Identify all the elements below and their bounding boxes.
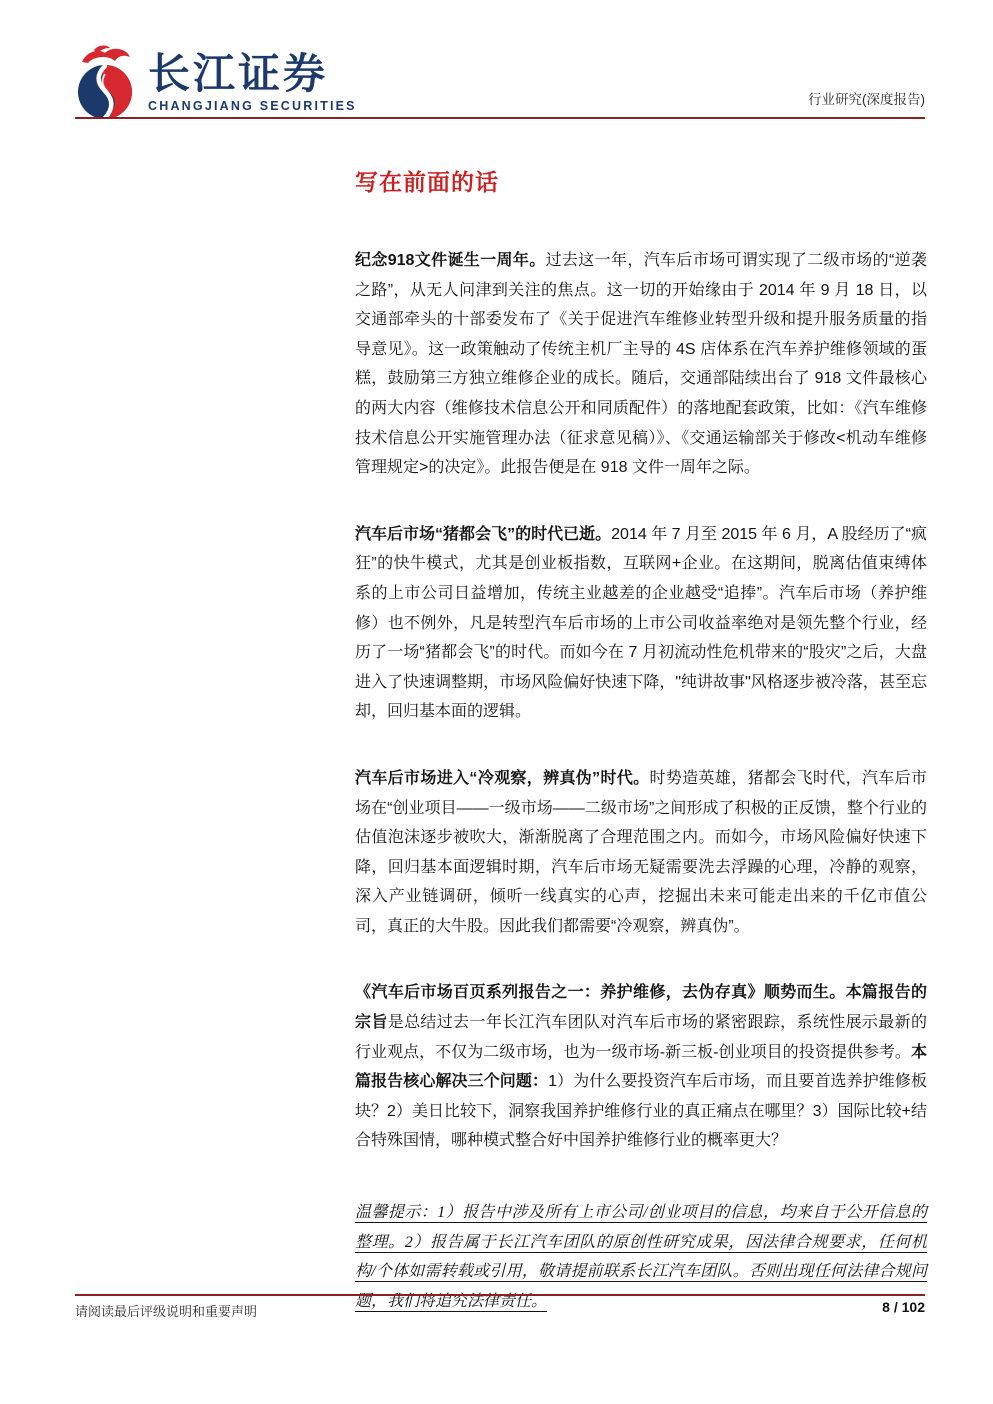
report-category: 行业研究(深度报告) bbox=[808, 88, 925, 108]
logo-english-name: CHANGJIANG SECURITIES bbox=[148, 99, 357, 113]
paragraph-3-lead: 汽车后市场进入“冷观察，辨真伪”时代。 bbox=[355, 770, 650, 787]
page-title: 写在前面的话 bbox=[355, 166, 927, 198]
logo-chinese-name: 长江证券 bbox=[148, 52, 357, 96]
footer-disclaimer: 请阅读最后评级说明和重要声明 bbox=[75, 1301, 257, 1320]
page-number: 8 / 102 bbox=[882, 1299, 925, 1315]
paragraph-1-text: 过去这一年，汽车后市场可谓实现了二级市场的“逆袭之路”，从无人问津到关注的焦点。… bbox=[355, 252, 927, 476]
paragraph-3-text: 时势造英雄，猪都会飞时代，汽车后市场在“创业项目——一级市场——二级市场”之间形… bbox=[355, 770, 927, 935]
header-rule bbox=[75, 117, 925, 119]
page-body: 写在前面的话 纪念918文件诞生一周年。过去这一年，汽车后市场可谓实现了二级市场… bbox=[355, 166, 927, 1316]
company-logo: 长江证券 CHANGJIANG SECURITIES bbox=[74, 44, 357, 122]
friendly-reminder-note: 温馨提示：1）报告中涉及所有上市公司/创业项目的信息，均来自于公开信息的整理。2… bbox=[355, 1198, 927, 1316]
paragraph-4-text: 是总结过去一年长江汽车团队对汽车后市场的紧密跟踪，系统性展示最新的行业观点，不仅… bbox=[355, 1014, 927, 1061]
paragraph-2-text: 2014 年 7 月至 2015 年 6 月，A 股经历了“疯狂”的快牛模式，尤… bbox=[355, 526, 927, 721]
footer-rule bbox=[75, 1294, 925, 1296]
paragraph-2: 汽车后市场“猪都会飞”的时代已逝。2014 年 7 月至 2015 年 6 月，… bbox=[355, 520, 927, 727]
paragraph-4: 《汽车后市场百页系列报告之一：养护维修，去伪存真》顺势而生。本篇报告的宗旨是总结… bbox=[355, 978, 927, 1156]
phoenix-logo-icon bbox=[74, 44, 138, 122]
paragraph-3: 汽车后市场进入“冷观察，辨真伪”时代。时势造英雄，猪都会飞时代，汽车后市场在“创… bbox=[355, 764, 927, 942]
paragraph-1: 纪念918文件诞生一周年。过去这一年，汽车后市场可谓实现了二级市场的“逆袭之路”… bbox=[355, 246, 927, 483]
paragraph-2-lead: 汽车后市场“猪都会飞”的时代已逝。 bbox=[355, 526, 611, 543]
paragraph-1-lead: 纪念918文件诞生一周年。 bbox=[355, 252, 546, 269]
